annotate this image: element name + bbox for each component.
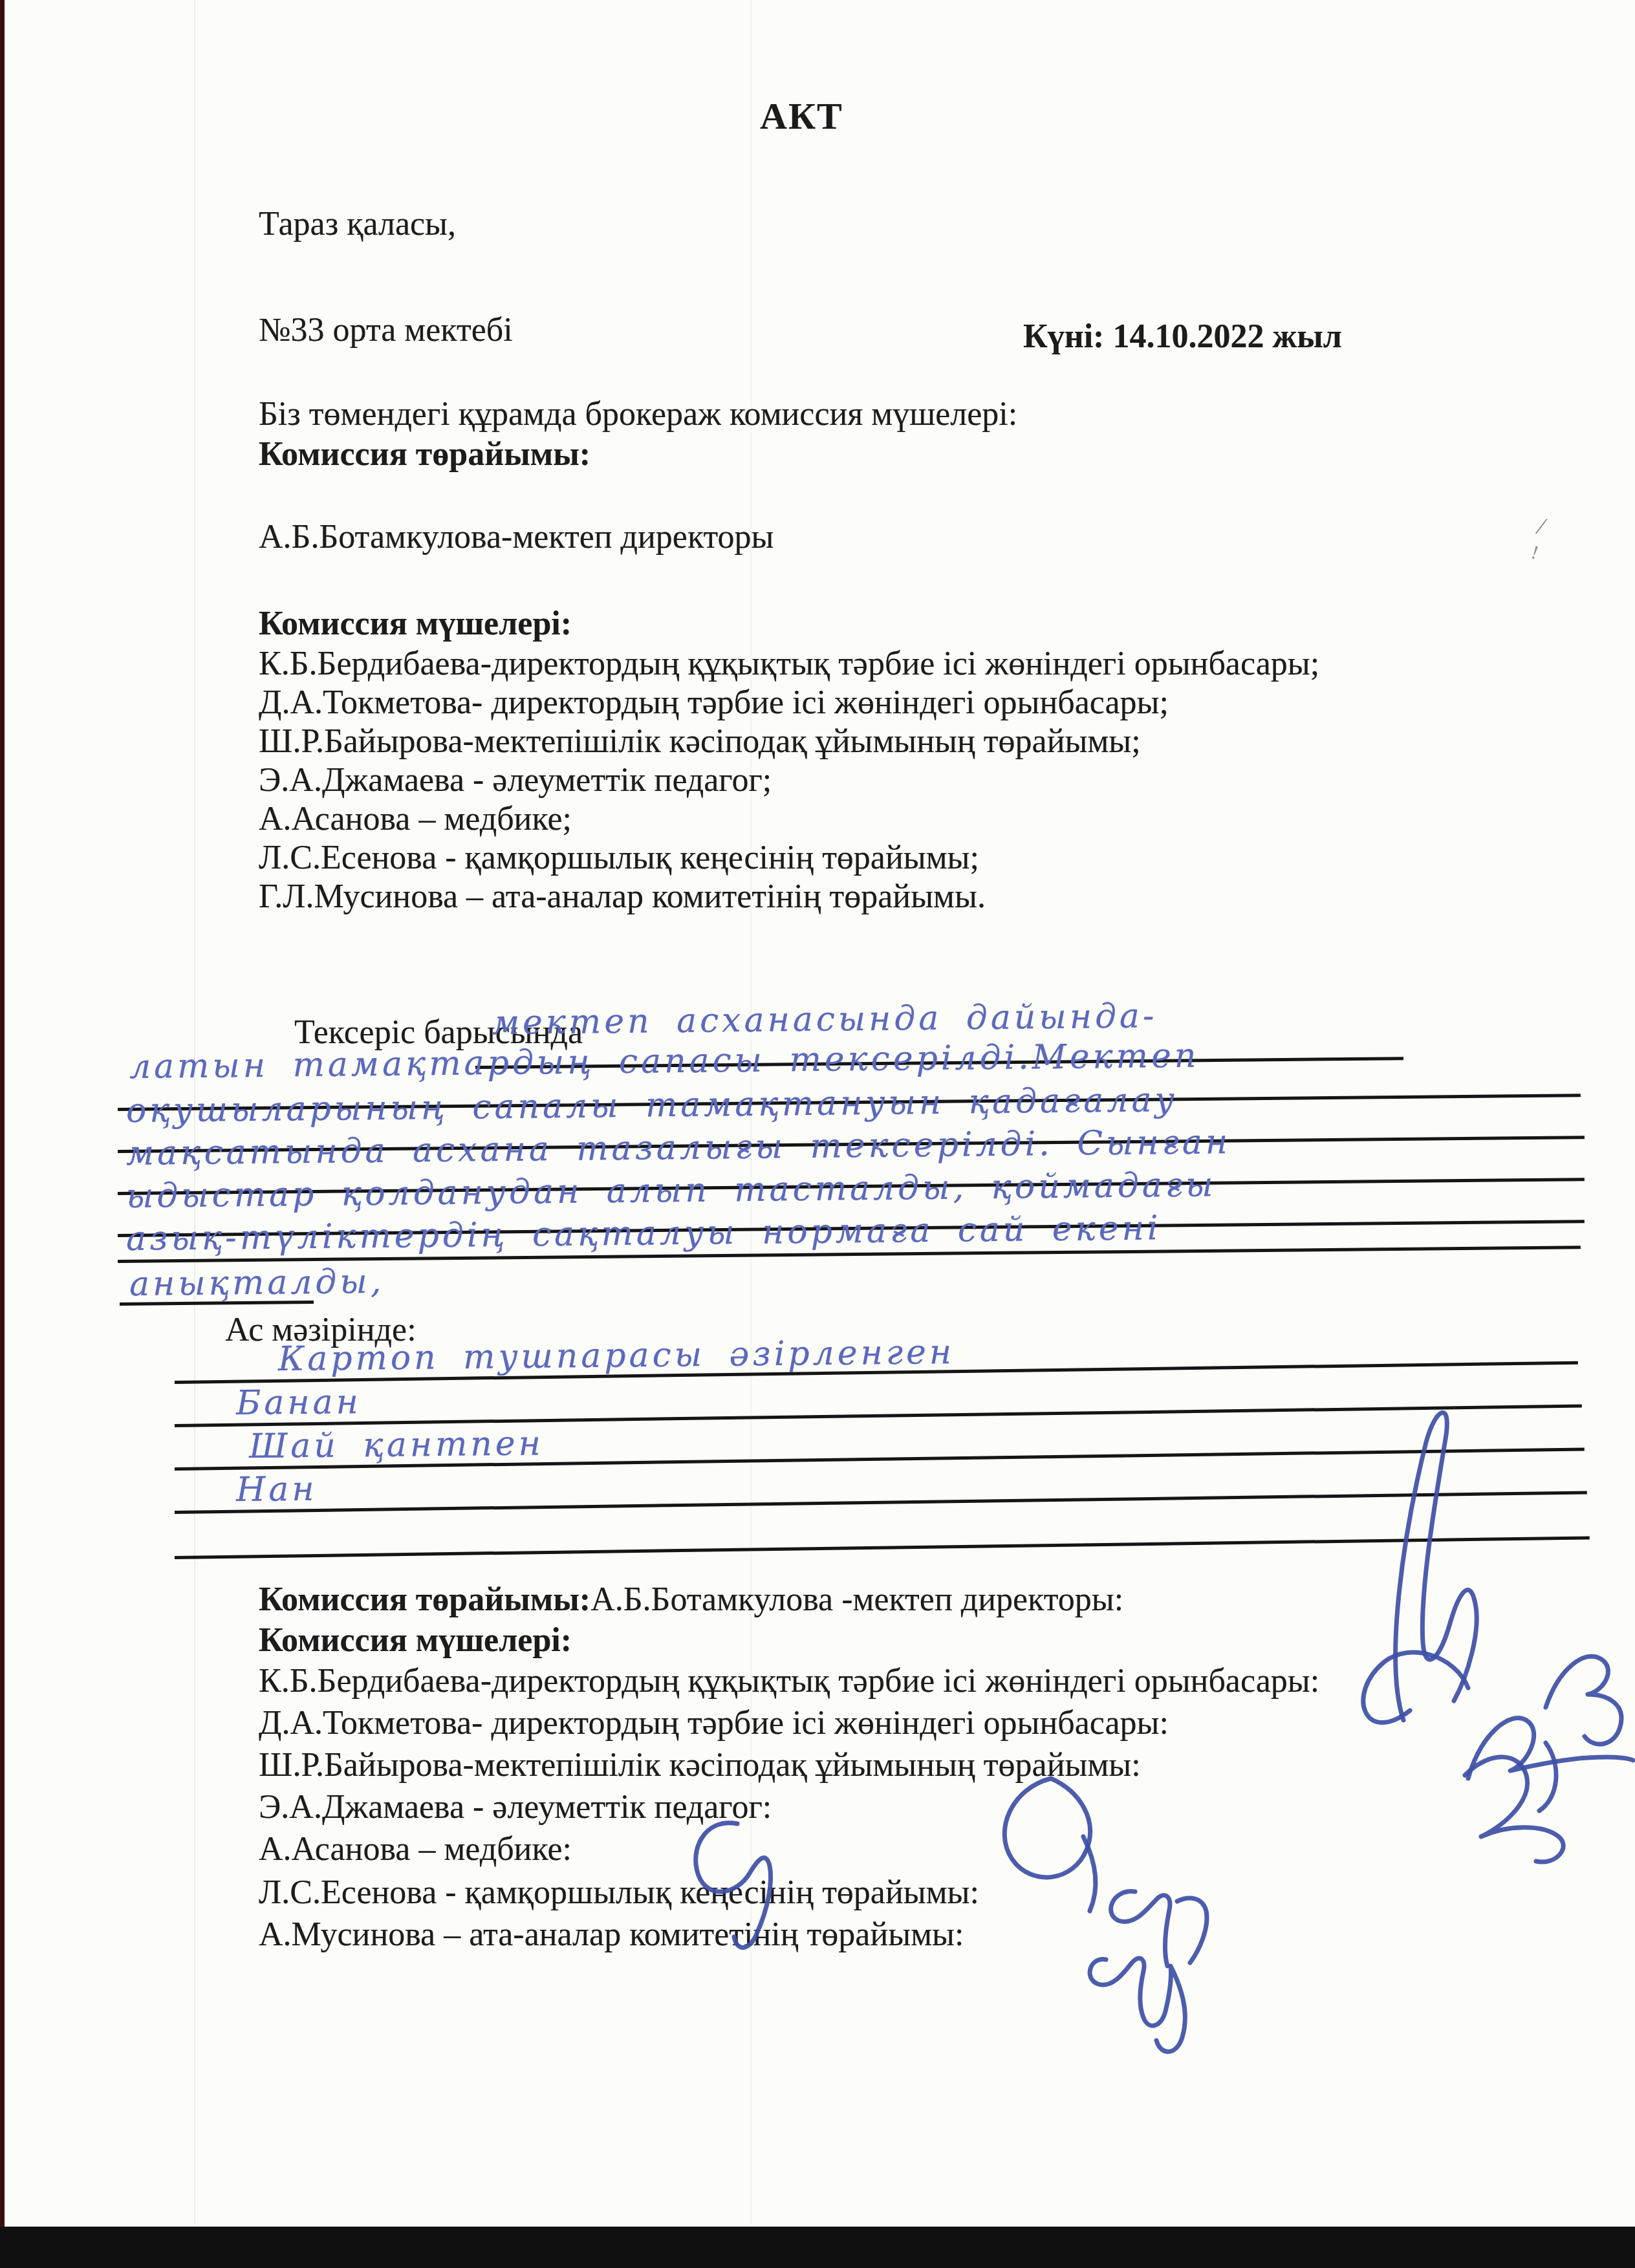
- handwritten-line: анықталды,: [129, 1262, 385, 1304]
- signature-row: Л.С.Есенова - қамқоршылық кеңесінің төра…: [259, 1874, 979, 1911]
- member-line: А.Асанова – медбике;: [259, 801, 572, 837]
- handwritten-line: латын тамақтардың сапасы тексерілді.Мект…: [129, 1037, 1200, 1086]
- scan-left-edge: [0, 0, 5, 2268]
- signature-chair-line: Комиссия төрайымы:А.Б.Ботамкулова -мекте…: [259, 1581, 1123, 1618]
- member-line: Э.А.Джамаева - әлеуметтік педагог;: [259, 762, 772, 799]
- signature-row: Д.А.Токметова- директордың тәрбие ісі жө…: [259, 1705, 1169, 1742]
- member-line: Ш.Р.Байырова-мектепішілік кәсіподақ ұйым…: [259, 723, 1141, 760]
- handwritten-line: мақсатында асхана тазалығы тексерілді. С…: [126, 1123, 1231, 1173]
- members-heading: Комиссия мүшелері:: [259, 605, 572, 642]
- pencil-mark: /: [1533, 510, 1550, 541]
- scanned-act-document: / ! АКТ Тараз қаласы, №33 орта мектебі К…: [0, 0, 1635, 2268]
- scan-bottom-band: [0, 2227, 1635, 2268]
- school-line: №33 орта мектебі: [259, 312, 513, 349]
- signature-row: А.Мусинова – ата-аналар комитетінің төра…: [259, 1916, 964, 1953]
- handwritten-line: оқушыларының сапалы тамақтануын қадағала…: [126, 1081, 1178, 1130]
- date-line: Күні: 14.10.2022 жыл: [1023, 318, 1342, 355]
- signature-asanova-ink: [660, 1798, 841, 1960]
- page-title: АКТ: [760, 96, 843, 137]
- signature-bayirova-ink: [1429, 1740, 1585, 1875]
- signature-chair-label: Комиссия төрайымы:: [259, 1581, 590, 1618]
- menu-item-handwritten: Нан: [236, 1470, 318, 1509]
- handwritten-line: мектеп асханасында дайында-: [492, 997, 1158, 1042]
- member-line: Д.А.Токметова- директордың тәрбие ісі жө…: [259, 684, 1169, 721]
- menu-item-handwritten: Банан: [236, 1383, 362, 1423]
- signature-musinova-ink: [1067, 1908, 1248, 2057]
- pencil-mark: !: [1528, 541, 1541, 564]
- intro-line: Біз төмендегі құрамда брокераж комиссия …: [259, 396, 1017, 433]
- city-line: Тараз қаласы,: [259, 206, 456, 243]
- chair-name: А.Б.Ботамкулова-мектеп директоры: [259, 519, 774, 556]
- member-line: Г.Л.Мусинова – ата-аналар комитетінің тө…: [259, 878, 986, 915]
- member-line: Л.С.Есенова - қамқоршылық кеңесінің төра…: [259, 839, 979, 876]
- signature-members-heading: Комиссия мүшелері:: [259, 1622, 572, 1659]
- signature-chair-name: А.Б.Ботамкулова -мектеп директоры:: [590, 1581, 1123, 1618]
- signature-row: К.Б.Бердибаева-директордың құқықтық тәрб…: [259, 1663, 1319, 1700]
- menu-item-handwritten: Шай қантпен: [249, 1424, 544, 1466]
- chair-heading: Комиссия төрайымы:: [259, 436, 590, 473]
- member-line: К.Б.Бердибаева-директордың құқықтық тәрб…: [259, 645, 1319, 682]
- handwritten-line: ыдыстар қолданудан алып тасталды, қоймад…: [126, 1165, 1217, 1216]
- signature-row: А.Асанова – медбике:: [259, 1831, 572, 1868]
